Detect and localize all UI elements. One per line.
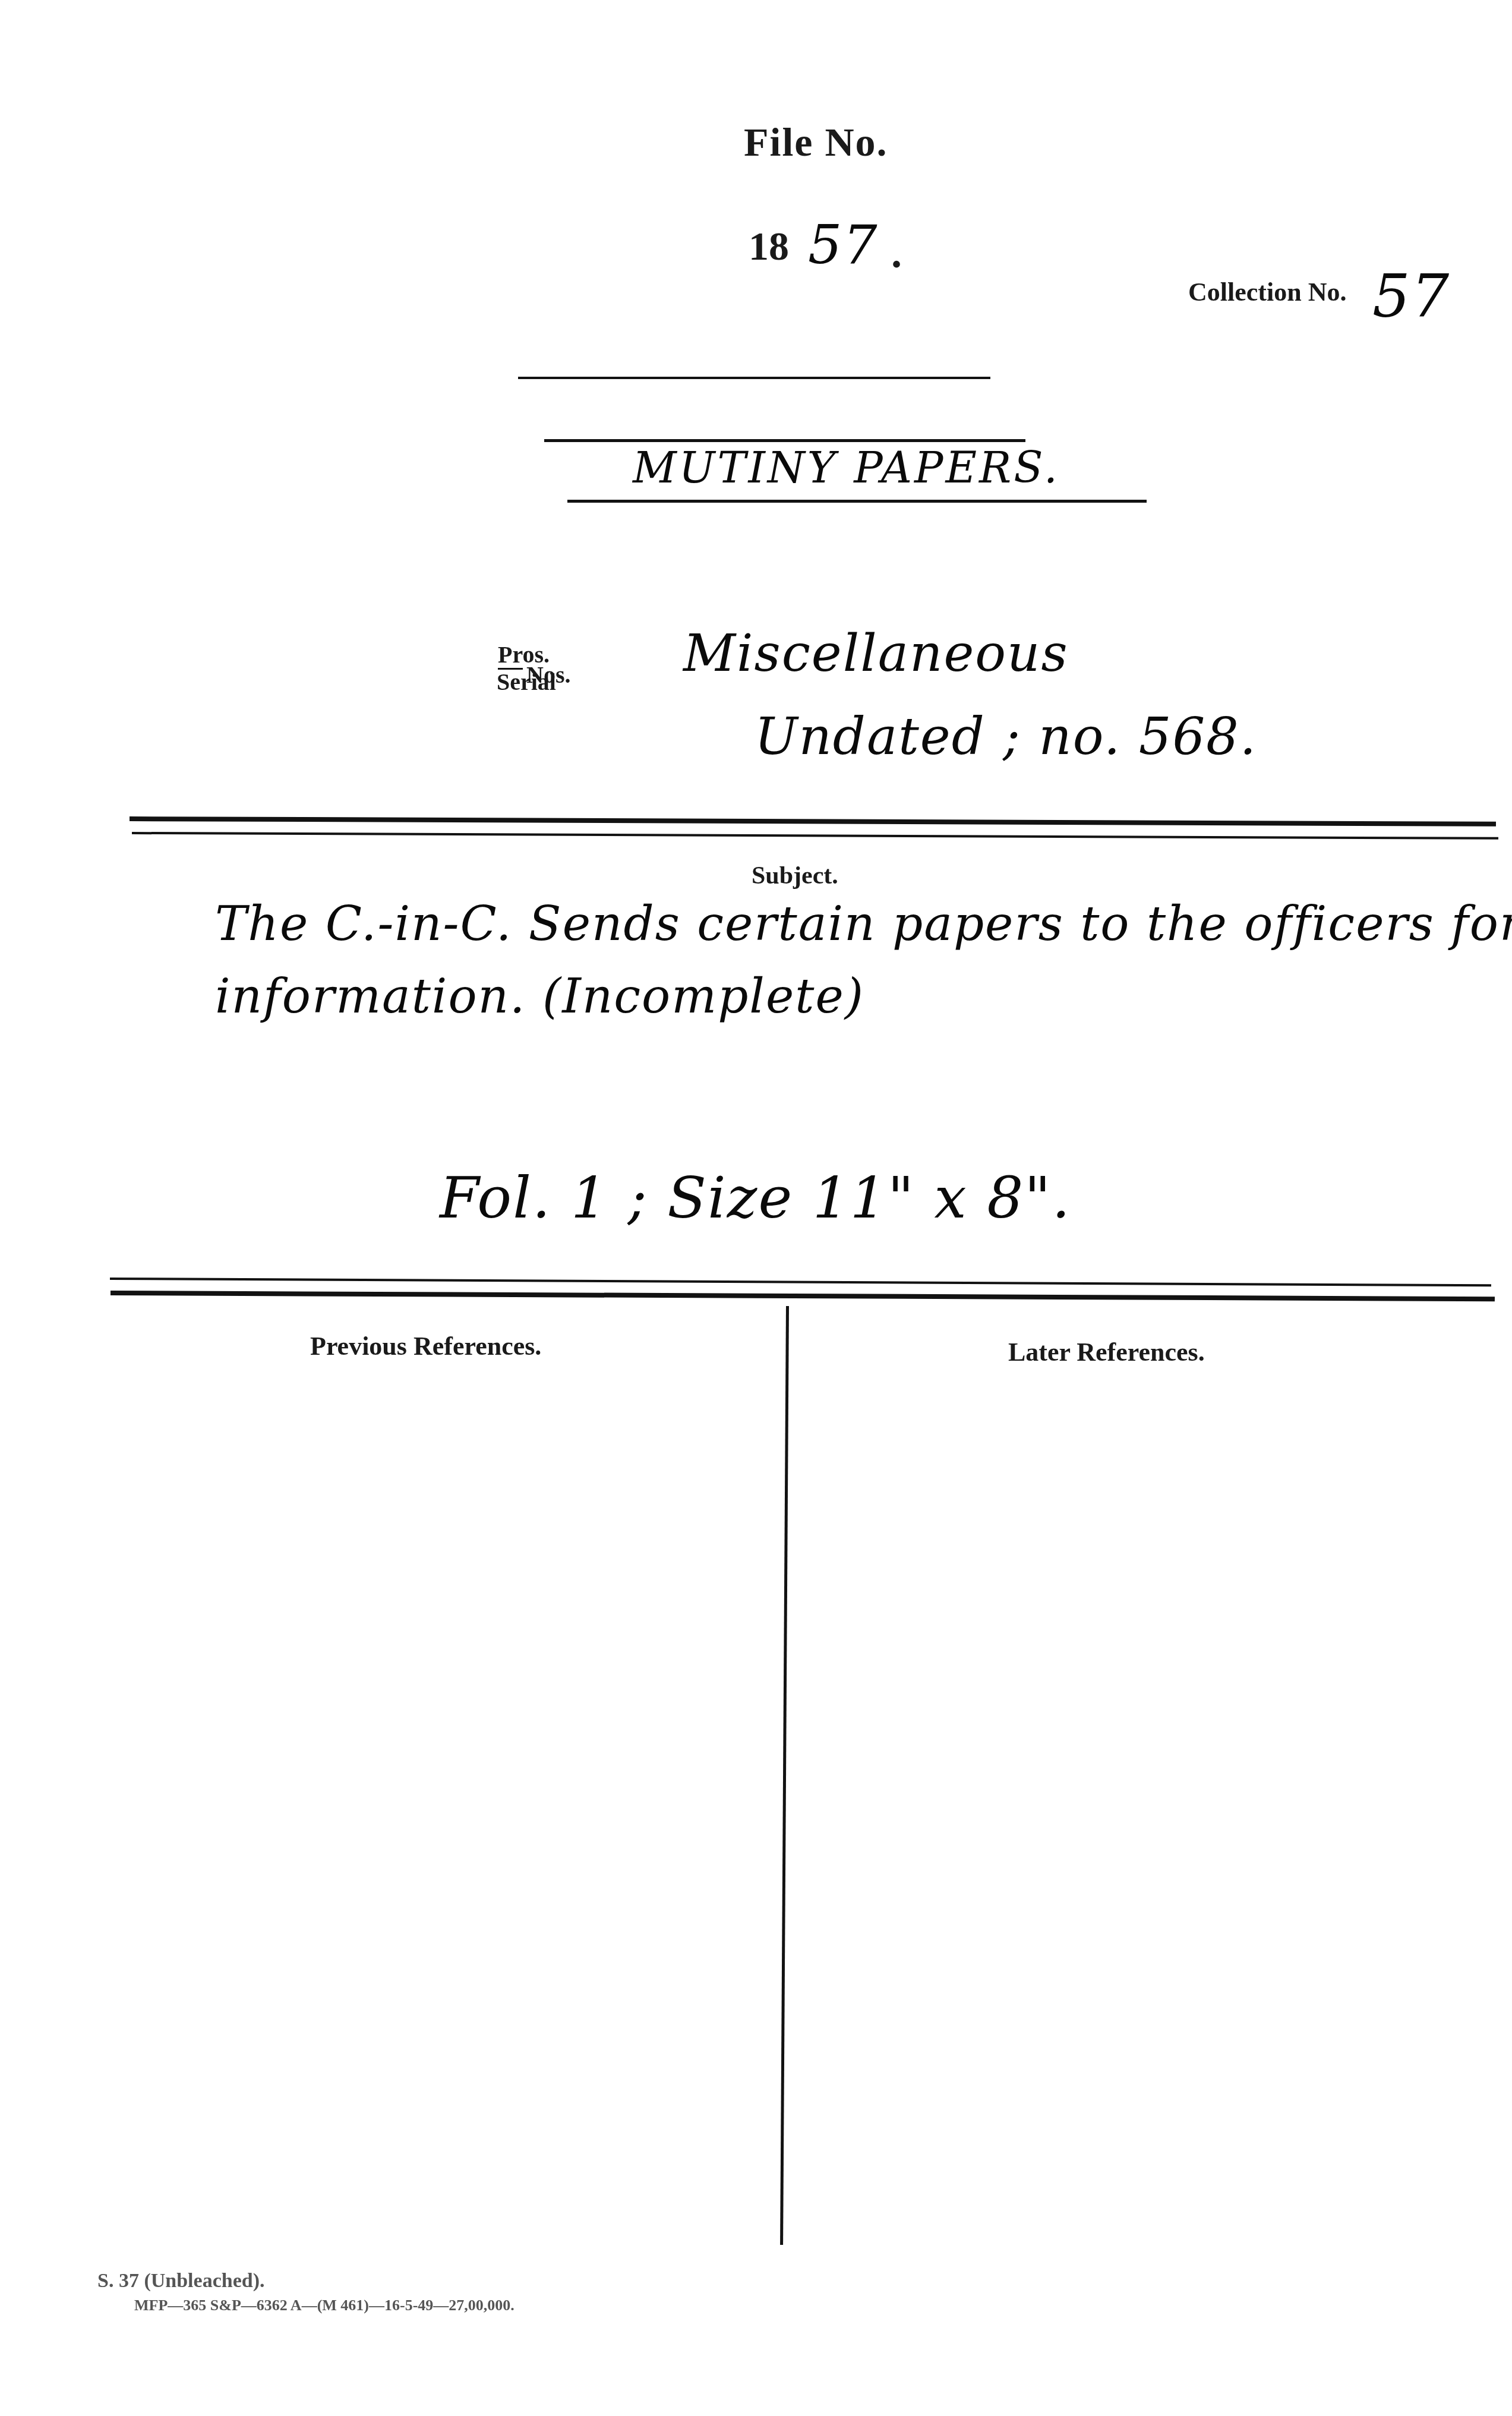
subject-text-line1: The C.-in-C. Sends certain papers to the… [215,896,1512,951]
previous-references-heading: Previous References. [310,1331,541,1361]
file-no-printed-digits: 18 [749,223,789,270]
file-no-handwritten-digits: 57 [808,214,879,276]
collection-title: Mutiny Papers. [633,443,1060,493]
pros-serial-value-line1: Miscellaneous [683,624,1069,683]
form-code: S. 37 (Unbleached). [97,2270,264,2292]
subject-label: Subject. [752,862,838,890]
previous-references-area [119,1379,778,2234]
title-underline [567,500,1147,503]
later-references-area [796,1379,1485,2234]
header-rule [518,377,990,379]
references-rule-thin [110,1278,1491,1286]
subject-rule-thin [132,832,1498,840]
title-rule-upper [544,439,1025,442]
folio-size-note: Fol. 1 ; Size 11" x 8". [440,1165,1071,1231]
references-rule-thick [111,1291,1495,1301]
later-references-heading: Later References. [1008,1337,1205,1367]
pros-serial-value-line2: Undated ; no. 568. [755,707,1257,767]
printer-imprint: MFP—365 S&P—6362 A—(M 461)—16-5-49—27,00… [134,2297,514,2314]
file-no-label: File No. [744,119,888,166]
references-column-divider [780,1306,789,2245]
collection-no-label: Collection No. [1188,277,1346,307]
file-no-trailing-dot: . [891,229,902,278]
subject-text-line2: information. (Incomplete) [215,969,864,1024]
collection-no-value: 57 [1372,261,1450,331]
nos-label: Nos. [526,661,570,689]
subject-rule-thick [130,816,1496,827]
